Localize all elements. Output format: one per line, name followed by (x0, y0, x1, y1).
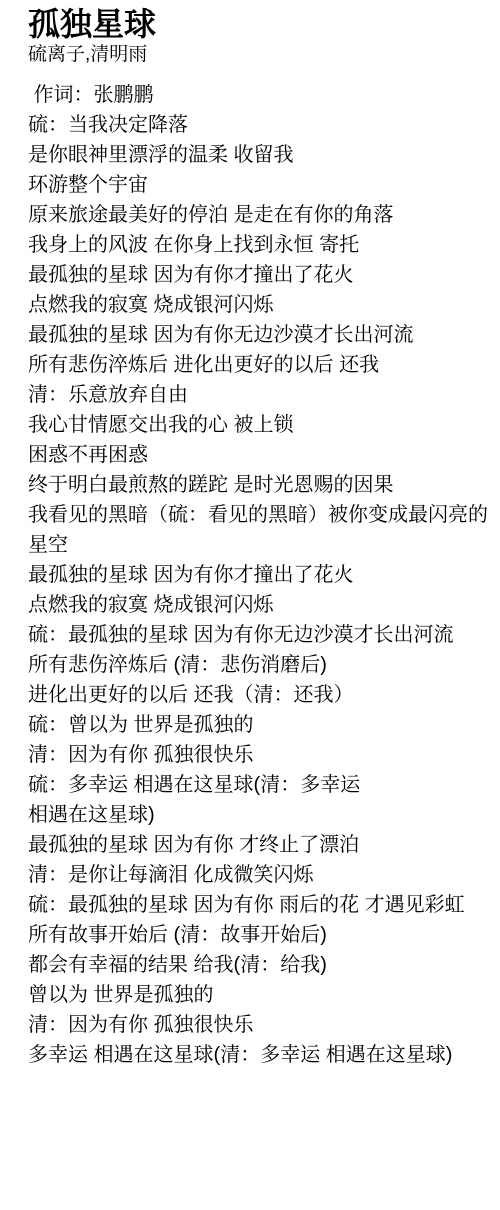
lyric-line: 进化出更好的以后 还我（清：还我） (28, 680, 496, 710)
lyrics-block: 作词：张鹏鹏 硫：当我决定降落 是你眼神里漂浮的温柔 收留我 环游整个宇宙 原来… (28, 80, 496, 1070)
lyric-line: 清：因为有你 孤独很快乐 (28, 1010, 496, 1040)
lyric-line: 原来旅途最美好的停泊 是走在有你的角落 (28, 200, 496, 230)
lyric-line: 是你眼神里漂浮的温柔 收留我 (28, 140, 496, 170)
lyric-line: 硫：多幸运 相遇在这星球(清：多幸运 (28, 770, 496, 800)
lyric-line: 点燃我的寂寞 烧成银河闪烁 (28, 590, 496, 620)
lyric-line: 星空 (28, 530, 496, 560)
lyric-line: 都会有幸福的结果 给我(清：给我) (28, 950, 496, 980)
lyrics-page: 孤独星球 硫离子,清明雨 作词：张鹏鹏 硫：当我决定降落 是你眼神里漂浮的温柔 … (0, 0, 500, 1210)
lyric-line: 所有故事开始后 (清：故事开始后) (28, 920, 496, 950)
lyric-line: 终于明白最煎熬的蹉跎 是时光恩赐的因果 (28, 470, 496, 500)
lyric-line: 最孤独的星球 因为有你 才终止了漂泊 (28, 830, 496, 860)
credit-line: 作词：张鹏鹏 (28, 80, 496, 110)
lyric-line: 多幸运 相遇在这星球(清：多幸运 相遇在这星球) (28, 1040, 496, 1070)
lyric-line: 硫：当我决定降落 (28, 110, 496, 140)
lyric-line: 硫：最孤独的星球 因为有你无边沙漠才长出河流 (28, 620, 496, 650)
lyric-line: 所有悲伤淬炼后 (清：悲伤消磨后) (28, 650, 496, 680)
lyric-line: 最孤独的星球 因为有你无边沙漠才长出河流 (28, 320, 496, 350)
lyric-line: 困惑不再困惑 (28, 440, 496, 470)
artist-names: 硫离子,清明雨 (28, 43, 496, 67)
lyric-line: 我心甘情愿交出我的心 被上锁 (28, 410, 496, 440)
lyric-line: 硫：曾以为 世界是孤独的 (28, 710, 496, 740)
lyric-line: 我身上的风波 在你身上找到永恒 寄托 (28, 230, 496, 260)
lyric-line: 最孤独的星球 因为有你才撞出了花火 (28, 560, 496, 590)
lyric-line: 我看见的黑暗（硫：看见的黑暗）被你变成最闪亮的 (28, 500, 496, 530)
lyric-line: 环游整个宇宙 (28, 170, 496, 200)
lyric-line: 清：因为有你 孤独很快乐 (28, 740, 496, 770)
lyric-line: 硫：最孤独的星球 因为有你 雨后的花 才遇见彩虹 (28, 890, 496, 920)
lyric-line: 曾以为 世界是孤独的 (28, 980, 496, 1010)
lyric-line: 点燃我的寂寞 烧成银河闪烁 (28, 290, 496, 320)
lyric-line: 所有悲伤淬炼后 进化出更好的以后 还我 (28, 350, 496, 380)
song-title: 孤独星球 (28, 0, 496, 43)
lyric-line: 最孤独的星球 因为有你才撞出了花火 (28, 260, 496, 290)
lyric-line: 清：是你让每滴泪 化成微笑闪烁 (28, 860, 496, 890)
lyric-line: 清：乐意放弃自由 (28, 380, 496, 410)
lyric-line: 相遇在这星球) (28, 800, 496, 830)
